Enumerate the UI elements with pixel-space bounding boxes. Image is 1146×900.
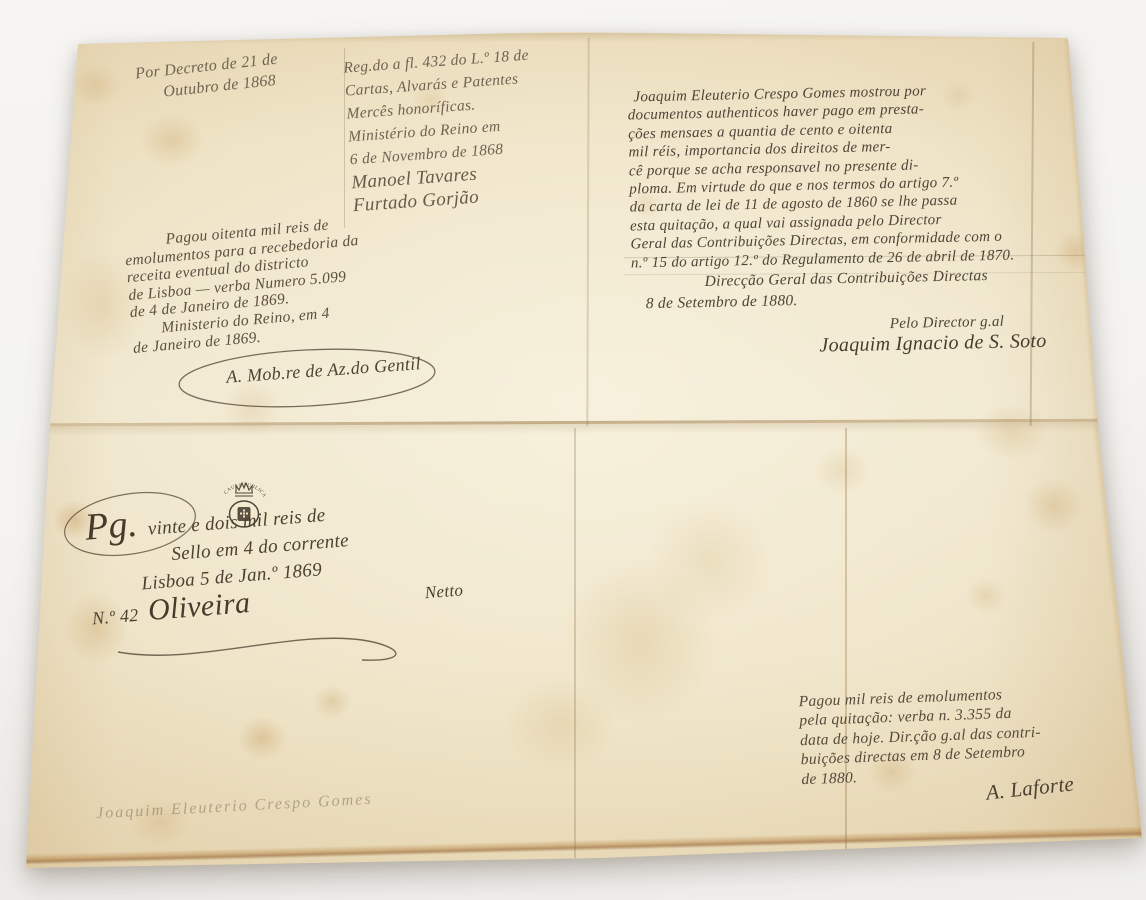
faint-signature: Joaquim Eleuterio Crespo Gomes (96, 791, 373, 823)
fold-line-vertical-center-bottom (574, 428, 576, 858)
sello-co-signature: Netto (424, 576, 464, 606)
paper-edge-left-upper (24, 46, 59, 433)
paper-edge-left-lower (7, 430, 38, 870)
sello-pg-initial: Pg. (84, 508, 149, 543)
emoluments-note: Pagou oitenta mil reis de emolumentos pa… (123, 214, 367, 357)
sello-underline-flourish (112, 622, 442, 668)
quittance-paragraph: Joaquim Eleuterio Crespo Gomes mostrou p… (627, 80, 1063, 360)
decree-note: Por Decreto de 21 de Outubro de 1868 (134, 49, 281, 106)
paper: Por Decreto de 21 de Outubro de 1868 Reg… (0, 0, 1146, 900)
paper-edge-top (74, 30, 1070, 44)
photo-background: Por Decreto de 21 de Outubro de 1868 Reg… (0, 0, 1146, 900)
fold-line-vertical-right-bottom (845, 428, 847, 854)
paper-edge-bottom (22, 826, 1144, 865)
paper-edge-right-lower (1092, 429, 1146, 842)
paper-edge-right-upper (1063, 39, 1101, 430)
registration-note: Reg.do a fl. 432 do L.º 18 de Cartas, Al… (343, 44, 539, 218)
sello-number: N.º 42 (91, 602, 139, 633)
sello-note: Pg. vinte e dois mil reis de Sello em 4 … (84, 484, 464, 633)
paper-wrapper: Por Decreto de 21 de Outubro de 1868 Reg… (0, 0, 1146, 900)
fold-shadow-horizontal (44, 422, 1100, 437)
fee-note: Pagou mil reis de emolumentos pela quita… (798, 684, 1042, 789)
fold-line-vertical-center-top (586, 38, 589, 426)
emoluments-signature: A. Mob.re de Az.do Gentil (226, 353, 422, 388)
sello-signature: Oliveira (137, 589, 251, 625)
fold-line-horizontal (44, 419, 1100, 427)
